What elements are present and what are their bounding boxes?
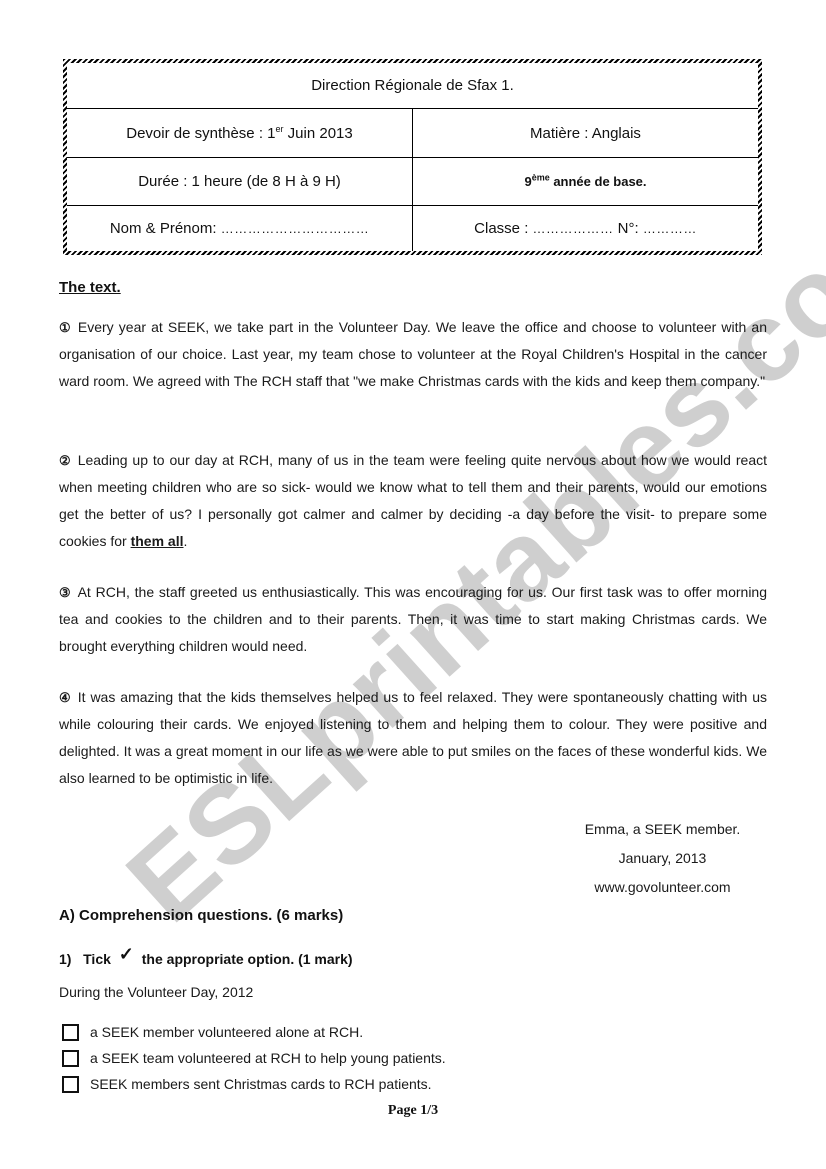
worksheet-page: ESLprintables.com Direction Régionale de… <box>0 0 826 1169</box>
exam-cell: Devoir de synthèse : 1er Juin 2013 <box>67 108 413 157</box>
number-field[interactable]: ………… <box>643 221 697 236</box>
subject: Matière : Anglais <box>530 125 641 142</box>
signature-author: Emma, a SEEK member. <box>560 815 765 844</box>
exam-date: Juin 2013 <box>284 125 353 142</box>
grade-cell: 9ème année de base. <box>413 158 759 206</box>
option-item[interactable]: SEEK members sent Christmas cards to RCH… <box>62 1071 446 1097</box>
paragraph-text: It was amazing that the kids themselves … <box>59 689 767 786</box>
class-label: Classe : <box>474 220 532 237</box>
options-list: a SEEK member volunteered alone at RCH. … <box>62 1019 446 1097</box>
name-label: Nom & Prénom: <box>110 220 221 237</box>
checkbox[interactable] <box>62 1024 79 1041</box>
option-label: a SEEK member volunteered alone at RCH. <box>90 1024 363 1040</box>
class-cell[interactable]: Classe : ……………… N°: ………… <box>413 205 759 251</box>
page-number: Page 1/3 <box>0 1103 826 1119</box>
checkbox[interactable] <box>62 1076 79 1093</box>
grade-number: 9 <box>524 174 531 189</box>
exam-sup: er <box>276 124 284 134</box>
section-title-text: The text <box>59 279 117 296</box>
paragraph-text: Every year at SEEK, we take part in the … <box>59 319 767 389</box>
emphasis-them-all: them all <box>131 533 184 549</box>
question-stem: During the Volunteer Day, 2012 <box>59 984 253 1000</box>
name-field[interactable]: …………………………… <box>221 221 370 236</box>
signature-source: www.govolunteer.com <box>560 873 765 902</box>
grade-text: année de base. <box>550 174 647 189</box>
duration: Durée : 1 heure (de 8 H à 9 H) <box>138 173 341 190</box>
duration-cell: Durée : 1 heure (de 8 H à 9 H) <box>67 158 413 206</box>
paragraph-1: ①Every year at SEEK, we take part in the… <box>59 314 767 395</box>
checkbox[interactable] <box>62 1050 79 1067</box>
region-cell: Direction Régionale de Sfax 1. <box>67 63 758 108</box>
number-label: N°: <box>618 220 643 237</box>
paragraph-number-icon: ③ <box>59 585 72 600</box>
paragraph-2: ②Leading up to our day at RCH, many of u… <box>59 447 767 555</box>
option-label: SEEK members sent Christmas cards to RCH… <box>90 1076 432 1092</box>
paragraph-text-end: . <box>184 533 188 549</box>
option-item[interactable]: a SEEK member volunteered alone at RCH. <box>62 1019 446 1045</box>
question-1: 1) Tick ✓ the appropriate option. (1 mar… <box>59 948 353 969</box>
paragraph-number-icon: ② <box>59 453 72 468</box>
question-text-end: the appropriate option. (1 mark) <box>142 951 353 967</box>
question-number: 1) <box>59 951 71 967</box>
comprehension-title: A) Comprehension questions. (6 marks) <box>59 907 343 924</box>
paragraph-number-icon: ④ <box>59 690 72 705</box>
section-title-suffix: . <box>117 279 121 296</box>
option-label: a SEEK team volunteered at RCH to help y… <box>90 1050 446 1066</box>
grade-sup: ème <box>532 173 550 183</box>
paragraph-3: ③At RCH, the staff greeted us enthusiast… <box>59 579 767 660</box>
question-text-start: Tick <box>83 951 111 967</box>
subject-cell: Matière : Anglais <box>413 108 759 157</box>
paragraph-4: ④It was amazing that the kids themselves… <box>59 684 767 792</box>
class-field[interactable]: ……………… <box>533 221 618 236</box>
exam-header-table: Direction Régionale de Sfax 1. Devoir de… <box>63 59 762 255</box>
signature-date: January, 2013 <box>560 844 765 873</box>
check-mark-icon: ✓ <box>119 944 134 964</box>
region-name: Direction Régionale de Sfax 1. <box>311 77 514 94</box>
signature-block: Emma, a SEEK member. January, 2013 www.g… <box>560 815 765 902</box>
paragraph-number-icon: ① <box>59 320 72 335</box>
option-item[interactable]: a SEEK team volunteered at RCH to help y… <box>62 1045 446 1071</box>
paragraph-text: At RCH, the staff greeted us enthusiasti… <box>59 584 767 654</box>
text-section-title: The text. <box>59 279 121 296</box>
name-cell[interactable]: Nom & Prénom: …………………………… <box>67 205 413 251</box>
exam-label: Devoir de synthèse : 1 <box>126 125 275 142</box>
